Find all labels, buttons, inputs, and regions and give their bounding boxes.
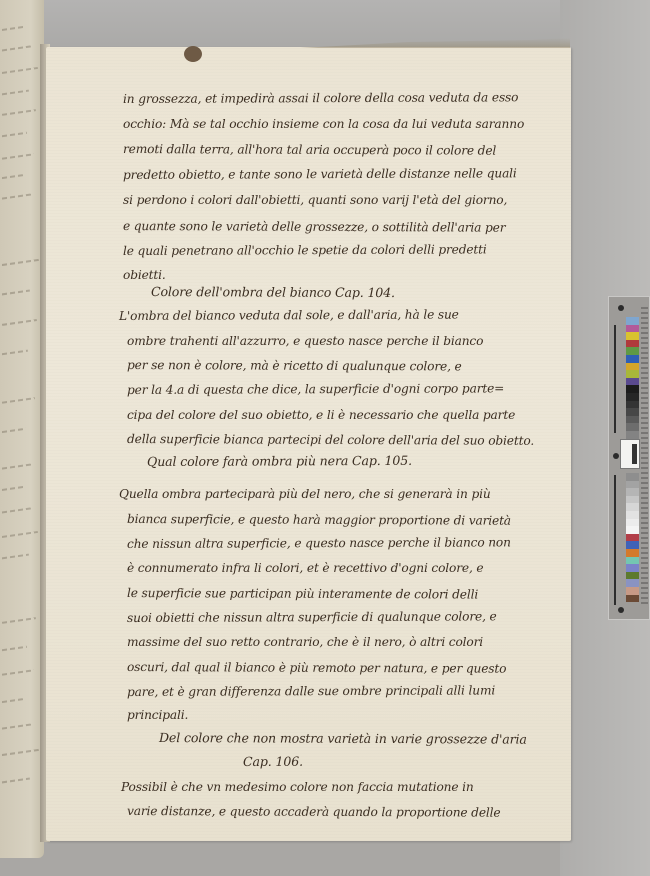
color-swatch — [626, 340, 639, 348]
text-line: Possibil è che vn medesimo colore non fa… — [121, 780, 474, 794]
left-facing-page — [0, 0, 44, 858]
target-rail — [614, 475, 616, 605]
text-line: remoti dalla terra, all'hora tal aria oc… — [123, 142, 496, 158]
verso-text-trace — [0, 617, 36, 625]
text-line: in grossezza, et impedirà assai il color… — [123, 90, 518, 106]
verso-text-trace — [0, 132, 27, 139]
text-line: per se non è colore, mà è ricetto di qua… — [127, 358, 462, 373]
text-line: le superficie sue participan più interam… — [127, 586, 478, 602]
text-line: L'ombra del bianco veduta dal sole, e da… — [119, 308, 459, 323]
verso-text-trace — [0, 397, 35, 405]
color-swatch — [626, 363, 639, 371]
color-swatch — [626, 423, 639, 431]
color-swatch — [626, 519, 639, 527]
color-swatch — [626, 595, 639, 603]
verso-text-trace — [0, 319, 37, 327]
color-swatch — [626, 393, 639, 401]
color-swatch — [626, 325, 639, 333]
target-fine-print — [641, 307, 648, 607]
binding-hole — [184, 46, 202, 62]
verso-text-trace — [0, 463, 33, 470]
target-mount-hole — [618, 607, 624, 613]
verso-text-trace — [0, 698, 25, 704]
text-line: predetto obietto, e tante sono le variet… — [123, 166, 517, 182]
verso-text-trace — [0, 646, 27, 653]
text-line: della superficie bianca partecipi del co… — [127, 432, 534, 448]
text-line: Quella ombra parteciparà più del nero, c… — [119, 487, 491, 501]
target-mount-hole — [618, 305, 624, 311]
color-swatch — [626, 370, 639, 378]
color-swatch — [626, 347, 639, 355]
verso-text-trace — [0, 669, 34, 677]
verso-text-trace — [0, 428, 26, 434]
color-swatch — [626, 416, 639, 424]
verso-text-trace — [0, 749, 39, 757]
color-swatch — [626, 541, 639, 549]
color-swatch — [626, 431, 639, 439]
color-swatch — [626, 408, 639, 416]
text-line: obietti. — [123, 268, 166, 282]
color-swatch — [626, 488, 639, 496]
color-calibration-target — [608, 296, 650, 620]
text-line: principali. — [127, 708, 188, 722]
text-line: suoi obietti che nissun altra superficie… — [127, 609, 497, 625]
verso-text-trace — [0, 486, 24, 492]
chapter-heading-105: Qual colore farà ombra più nera Cap. 105… — [147, 453, 412, 469]
text-line: massime del suo retto contrario, che è i… — [127, 635, 483, 649]
color-swatch — [626, 378, 639, 386]
verso-text-trace — [0, 350, 28, 357]
verso-text-trace — [0, 531, 38, 539]
chapter-heading-104: Colore dell'ombra del bianco Cap. 104. — [151, 284, 395, 300]
verso-text-trace — [0, 174, 25, 180]
scale-label — [620, 439, 640, 469]
verso-text-trace — [0, 778, 30, 785]
color-swatch — [626, 579, 639, 587]
color-swatch — [626, 511, 639, 519]
color-swatch — [626, 473, 639, 481]
verso-text-trace — [0, 90, 29, 97]
color-swatch — [626, 401, 639, 409]
text-line: pare, et è gran differenza dalle sue omb… — [127, 683, 495, 699]
verso-text-trace — [0, 259, 39, 267]
color-swatches-top — [626, 317, 639, 439]
verso-text-trace — [0, 554, 29, 561]
color-swatch — [626, 332, 639, 340]
verso-text-trace — [0, 153, 34, 161]
color-swatches-bottom — [626, 473, 639, 602]
text-line: bianca superficie, e questo harà maggior… — [127, 512, 511, 528]
target-mount-hole — [613, 453, 619, 459]
verso-text-trace — [0, 45, 31, 52]
verso-text-trace — [0, 193, 32, 200]
color-swatch — [626, 549, 639, 557]
text-line: per la 4.a di questa che dice, la superf… — [127, 381, 504, 397]
color-swatch — [626, 534, 639, 542]
color-swatch — [626, 481, 639, 489]
color-swatch — [626, 355, 639, 363]
verso-text-trace — [0, 723, 32, 730]
verso-text-trace — [0, 26, 24, 32]
verso-text-trace — [0, 109, 36, 117]
text-line: occhio: Mà se tal occhio insieme con la … — [123, 117, 524, 131]
chapter-heading-106-number: Cap. 106. — [243, 754, 303, 769]
text-line: ombre trahenti all'azzurro, e questo nas… — [127, 334, 483, 348]
color-swatch — [626, 317, 639, 325]
text-line: che nissun altra superficie, e questo na… — [127, 535, 511, 551]
target-rail — [614, 325, 616, 433]
text-line: cipa del colore del suo obietto, e li è … — [127, 408, 515, 422]
text-line: si perdono i colori dall'obietti, quanti… — [123, 193, 507, 207]
color-swatch — [626, 557, 639, 565]
verso-text-trace — [0, 507, 31, 514]
text-line: varie distanze, e questo accaderà quando… — [127, 804, 501, 820]
verso-text-trace — [0, 290, 30, 297]
color-swatch — [626, 572, 639, 580]
text-line: le quali penetrano all'occhio le spetie … — [123, 242, 487, 258]
color-swatch — [626, 526, 639, 534]
color-swatch — [626, 587, 639, 595]
text-line: è connumerato infra li colori, et è rece… — [127, 561, 483, 575]
color-swatch — [626, 564, 639, 572]
color-swatch — [626, 496, 639, 504]
chapter-heading-106: Del colore che non mostra varietà in var… — [159, 730, 527, 747]
color-swatch — [626, 503, 639, 511]
text-line: e quante sono le varietà delle grossezze… — [123, 219, 505, 235]
color-swatch — [626, 385, 639, 393]
verso-text-trace — [0, 67, 38, 75]
text-line: oscuri, dal qual il bianco è più remoto … — [127, 660, 506, 676]
